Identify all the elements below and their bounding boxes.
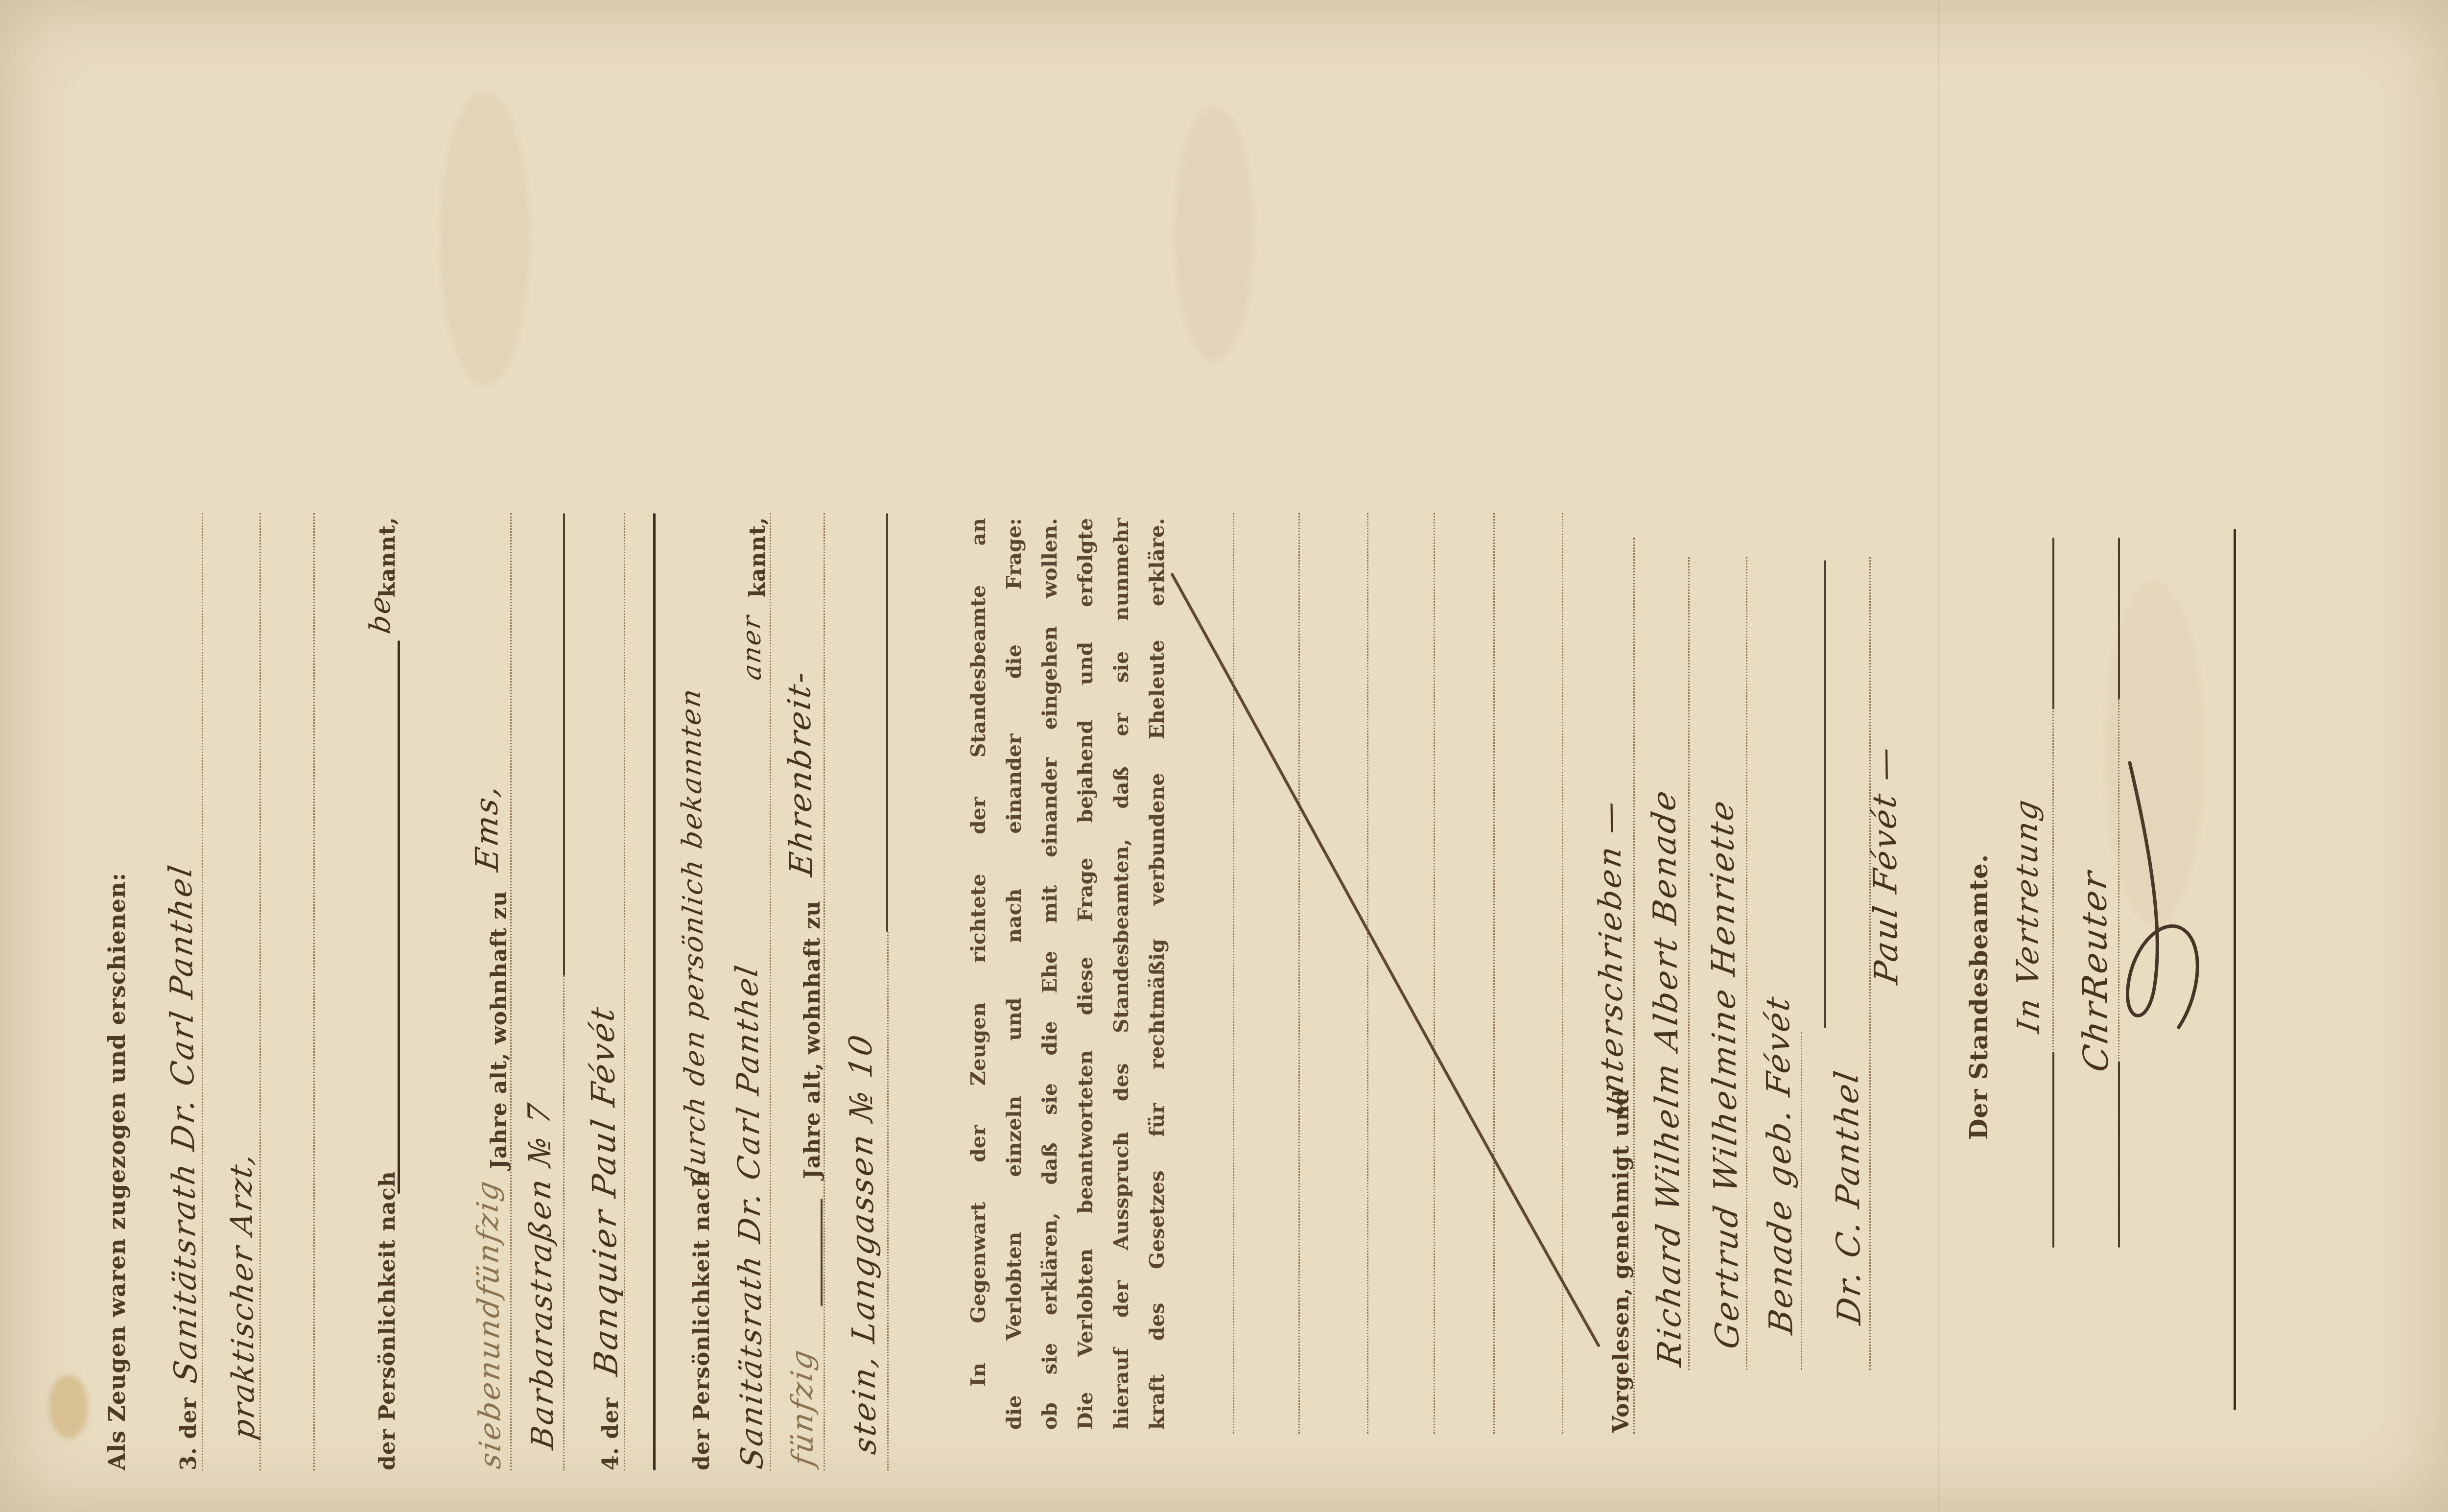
declaration-paragraph: In Gegenwart der Zeugen richtete der Sta… bbox=[961, 518, 1175, 1430]
witness4-age-label: Jahre alt, wohnhaft zu bbox=[800, 900, 825, 1179]
witness4-residence-line2: stein, Langgassen № 10 bbox=[843, 1031, 884, 1457]
bleed-through bbox=[1175, 107, 1253, 361]
section-rule bbox=[653, 513, 656, 1470]
witness3-occupation: praktischer Arzt, bbox=[223, 1150, 261, 1442]
paper-crease bbox=[1938, 0, 1940, 1512]
witness3-identity-suffix: kannt, bbox=[375, 517, 400, 597]
signature-witness3: Dr. C. Panthel bbox=[1828, 1066, 1868, 1326]
registrar-signature: ChrReuter bbox=[2074, 867, 2116, 1075]
writing-line bbox=[770, 513, 771, 1470]
registrar-deputy-hand: In Vertretung bbox=[2008, 795, 2047, 1035]
fill-in-rule bbox=[1824, 560, 1826, 1028]
fill-in-rule bbox=[2052, 1052, 2054, 1248]
cancellation-stroke bbox=[1169, 572, 1601, 1349]
witness4-identity-label: der Persönlichkeit nach bbox=[689, 1171, 714, 1470]
declaration-line: ob sie erklären, daß sie die Ehe mit ein… bbox=[1032, 518, 1068, 1430]
witness3-identity-label: der Persönlichkeit nach bbox=[375, 1171, 400, 1470]
witness3-residence-hand: Ems, bbox=[469, 781, 506, 874]
fill-in-rule bbox=[2052, 538, 2054, 709]
writing-line bbox=[887, 932, 889, 1470]
writing-line bbox=[1746, 557, 1747, 1370]
witness3-prefix: 3. der bbox=[176, 1397, 201, 1470]
witness3-age-hand: siebenundfünfzig bbox=[471, 1177, 508, 1471]
writing-line bbox=[1801, 1032, 1802, 1370]
witness4-identity-suffix: kannt, bbox=[745, 517, 770, 597]
witness3-age-label: Jahre alt, wohnhaft zu bbox=[487, 891, 512, 1169]
registrar-title: Der Standesbeamte. bbox=[1964, 854, 1993, 1140]
fill-in-rule bbox=[563, 513, 565, 976]
bleed-through bbox=[441, 92, 529, 386]
fill-in-rule bbox=[398, 640, 400, 1194]
section-rule bbox=[2234, 529, 2236, 1410]
scanned-document: Als Zeugen waren zugezogen und erschiene… bbox=[0, 0, 2448, 1512]
witness4-identity-line2-hand: Sanitätsrath Dr. Carl Panthel bbox=[729, 961, 770, 1471]
witness3-residence-line2: Barbarastraßen № 7 bbox=[521, 1099, 560, 1452]
signature-witness4: Paul Févét — bbox=[1865, 743, 1905, 987]
witness4-residence-hand: Ehrenbreit- bbox=[781, 667, 820, 879]
witness3-identity-hand: be bbox=[363, 592, 397, 636]
signature-bride-line2: Benade geb. Févét bbox=[1759, 992, 1800, 1337]
paper-stain bbox=[49, 1375, 88, 1439]
witness3-name: Sanitätsrath Dr. Carl Panthel bbox=[163, 861, 204, 1386]
witness4-identity-hand: durch den persönlich bekannten bbox=[675, 685, 712, 1187]
declaration-line: In Gegenwart der Zeugen richtete der Sta… bbox=[961, 518, 996, 1430]
fill-in-rule bbox=[2118, 1062, 2120, 1248]
closing-hand: unterschrieben — bbox=[1592, 797, 1631, 1118]
writing-line bbox=[313, 513, 315, 1470]
witness4-age-hand: fünfzig bbox=[785, 1346, 820, 1468]
bleed-through bbox=[2105, 582, 2203, 924]
closing-label: Vorgelesen, genehmigt und bbox=[1609, 1089, 1634, 1433]
signature-groom: Richard Wilhelm Albert Benade bbox=[1645, 786, 1689, 1369]
declaration-line: die Verlobten einzeln und nach einander … bbox=[996, 518, 1032, 1430]
writing-line bbox=[563, 976, 565, 1470]
witness4-prefix: 4. der bbox=[598, 1397, 623, 1470]
witness4-identity-line2-hand2: aner bbox=[737, 613, 767, 682]
declaration-line: Die Verlobten beantworteten diese Frage … bbox=[1068, 518, 1104, 1430]
register-page: Als Zeugen waren zugezogen und erschiene… bbox=[0, 0, 2448, 1512]
witness-section-heading: Als Zeugen waren zugezogen und erschiene… bbox=[104, 873, 130, 1470]
witness4-name: Banquier Paul Févét bbox=[584, 1003, 625, 1378]
writing-line bbox=[1688, 557, 1690, 1370]
signature-bride-line1: Gertrud Wilhelmine Henriette bbox=[1703, 796, 1746, 1352]
fill-in-rule bbox=[821, 1199, 823, 1306]
fill-in-rule bbox=[886, 513, 888, 932]
declaration-line: hierauf der Ausspruch des Standesbeamten… bbox=[1104, 518, 1139, 1430]
